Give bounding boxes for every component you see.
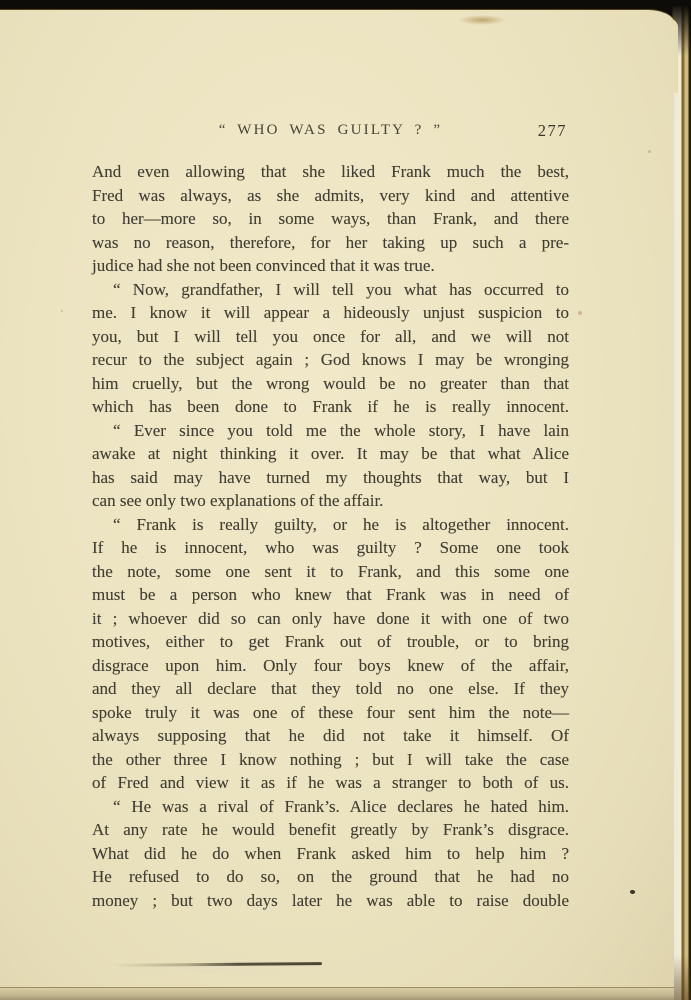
text-line: and they all declare that they told no o… bbox=[92, 677, 569, 701]
running-header-title: “ WHO WAS GUILTY ? ” bbox=[92, 122, 569, 139]
text-line: of Fred and view it as if he was a stran… bbox=[92, 771, 569, 795]
text-line: What did he do when Frank asked him to h… bbox=[92, 842, 569, 866]
book-page-stack-edge bbox=[672, 6, 691, 1000]
text-block: And even allowing that she liked Frank m… bbox=[92, 160, 569, 912]
stain-mark bbox=[458, 15, 506, 25]
text-line: “ Now, grandfather, I will tell you what… bbox=[92, 278, 569, 302]
text-line: judice had she not been convinced that i… bbox=[92, 254, 569, 278]
text-line: me. I know it will appear a hideously un… bbox=[92, 301, 569, 325]
text-line: which has been done to Frank if he is re… bbox=[92, 395, 569, 419]
running-header: “ WHO WAS GUILTY ? ” 277 bbox=[92, 122, 569, 144]
text-line: him cruelly, but the wrong would be no g… bbox=[92, 372, 569, 396]
paper-streak bbox=[90, 967, 330, 974]
text-line: the note, some one sent it to Frank, and… bbox=[92, 560, 569, 584]
paper-speck bbox=[648, 150, 651, 153]
text-line: “ Ever since you told me the whole story… bbox=[92, 419, 569, 443]
book-page: “ WHO WAS GUILTY ? ” 277 And even allowi… bbox=[0, 10, 674, 987]
text-line: the other three I know nothing ; but I w… bbox=[92, 748, 569, 772]
text-line: to her—more so, in some ways, than Frank… bbox=[92, 207, 569, 231]
text-line: And even allowing that she liked Frank m… bbox=[92, 160, 569, 184]
scan-background: “ WHO WAS GUILTY ? ” 277 And even allowi… bbox=[0, 0, 691, 1000]
text-line: motives, either to get Frank out of trou… bbox=[92, 630, 569, 654]
text-line: money ; but two days later he was able t… bbox=[92, 889, 569, 913]
text-line: awake at night thinking it over. It may … bbox=[92, 442, 569, 466]
text-line: you, but I will tell you once for all, a… bbox=[92, 325, 569, 349]
paper-speck bbox=[61, 310, 63, 312]
page-number: 277 bbox=[538, 121, 567, 141]
text-line: it ; whoever did so can only have done i… bbox=[92, 607, 569, 631]
text-line: Fred was always, as she admits, very kin… bbox=[92, 184, 569, 208]
page-bottom-edge bbox=[0, 986, 674, 1000]
text-line: can see only two explanations of the aff… bbox=[92, 489, 569, 513]
paper-speck bbox=[578, 311, 582, 315]
text-line: If he is innocent, who was guilty ? Some… bbox=[92, 536, 569, 560]
ink-dot-mark bbox=[629, 889, 635, 894]
text-line: has said may have turned my thoughts tha… bbox=[92, 466, 569, 490]
text-line: “ Frank is really guilty, or he is altog… bbox=[92, 513, 569, 537]
text-line: was no reason, therefore, for her taking… bbox=[92, 231, 569, 255]
text-line: recur to the subject again ; God knows I… bbox=[92, 348, 569, 372]
text-line: must be a person who knew that Frank was… bbox=[92, 583, 569, 607]
text-line: disgrace upon him. Only four boys knew o… bbox=[92, 654, 569, 678]
text-line: He refused to do so, on the ground that … bbox=[92, 865, 569, 889]
text-line: spoke truly it was one of these four sen… bbox=[92, 701, 569, 725]
text-line: always supposing that he did not take it… bbox=[92, 724, 569, 748]
text-line: “ He was a rival of Frank’s. Alice decla… bbox=[92, 795, 569, 819]
text-line: At any rate he would benefit greatly by … bbox=[92, 818, 569, 842]
